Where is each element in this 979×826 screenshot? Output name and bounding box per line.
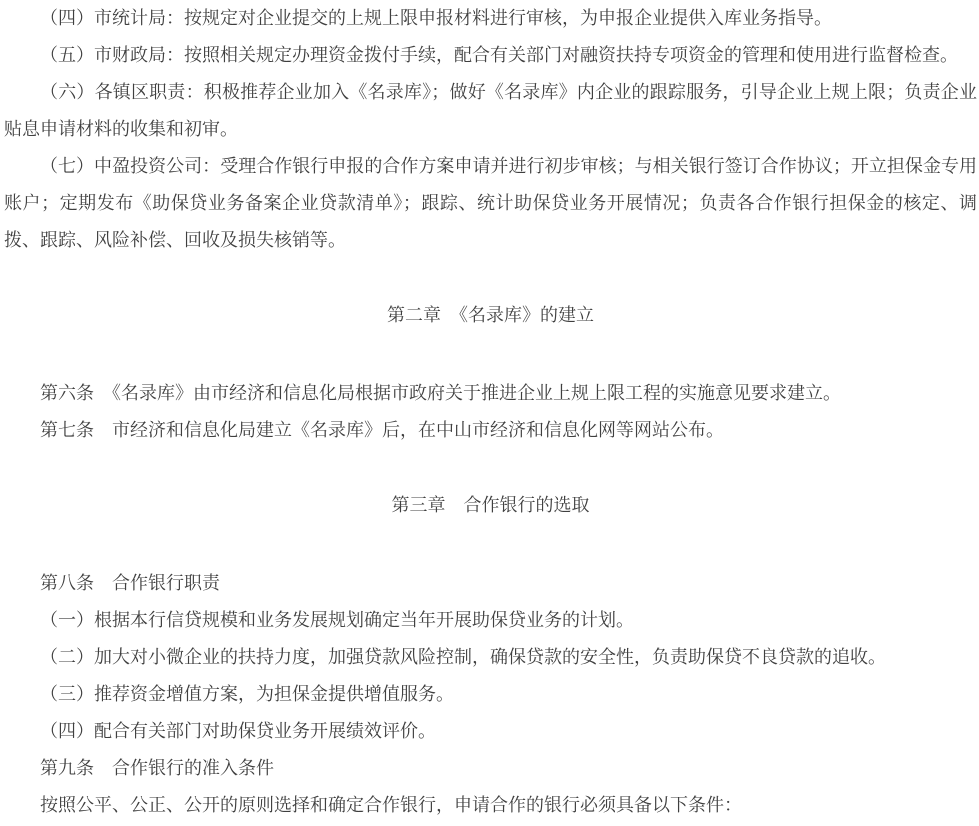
paragraph-article-7: 第七条 市经济和信息化局建立《名录库》后，在中山市经济和信息化网等网站公布。 — [4, 412, 977, 449]
paragraph-article-8-item-4: （四）配合有关部门对助保贷业务开展绩效评价。 — [4, 713, 977, 750]
document-page: （四）市统计局：按规定对企业提交的上规上限申报材料进行审核，为申报企业提供入库业… — [0, 0, 979, 824]
paragraph-article-9-title: 第九条 合作银行的准入条件 — [4, 750, 977, 787]
chapter-heading-3: 第三章 合作银行的选取 — [4, 487, 977, 524]
paragraph-article-6: 第六条 《名录库》由市经济和信息化局根据市政府关于推进企业上规上限工程的实施意见… — [4, 375, 977, 412]
paragraph-article-8-title: 第八条 合作银行职责 — [4, 565, 977, 602]
paragraph-duty-statistics-bureau: （四）市统计局：按规定对企业提交的上规上限申报材料进行审核，为申报企业提供入库业… — [4, 0, 977, 37]
paragraph-article-8-item-3: （三）推荐资金增值方案，为担保金提供增值服务。 — [4, 676, 977, 713]
paragraph-article-9-intro: 按照公平、公正、公开的原则选择和确定合作银行，申请合作的银行必须具备以下条件： — [4, 787, 977, 824]
paragraph-article-8-item-1: （一）根据本行信贷规模和业务发展规划确定当年开展助保贷业务的计划。 — [4, 602, 977, 639]
paragraph-article-8-item-2: （二）加大对小微企业的扶持力度，加强贷款风险控制，确保贷款的安全性，负责助保贷不… — [4, 639, 977, 676]
chapter-heading-2: 第二章 《名录库》的建立 — [4, 297, 977, 334]
paragraph-duty-town-districts: （六）各镇区职责：积极推荐企业加入《名录库》；做好《名录库》内企业的跟踪服务，引… — [4, 74, 977, 148]
paragraph-duty-finance-bureau: （五）市财政局：按照相关规定办理资金拨付手续，配合有关部门对融资扶持专项资金的管… — [4, 37, 977, 74]
paragraph-duty-zhongying-company: （七）中盈投资公司：受理合作银行申报的合作方案申请并进行初步审核；与相关银行签订… — [4, 148, 977, 259]
